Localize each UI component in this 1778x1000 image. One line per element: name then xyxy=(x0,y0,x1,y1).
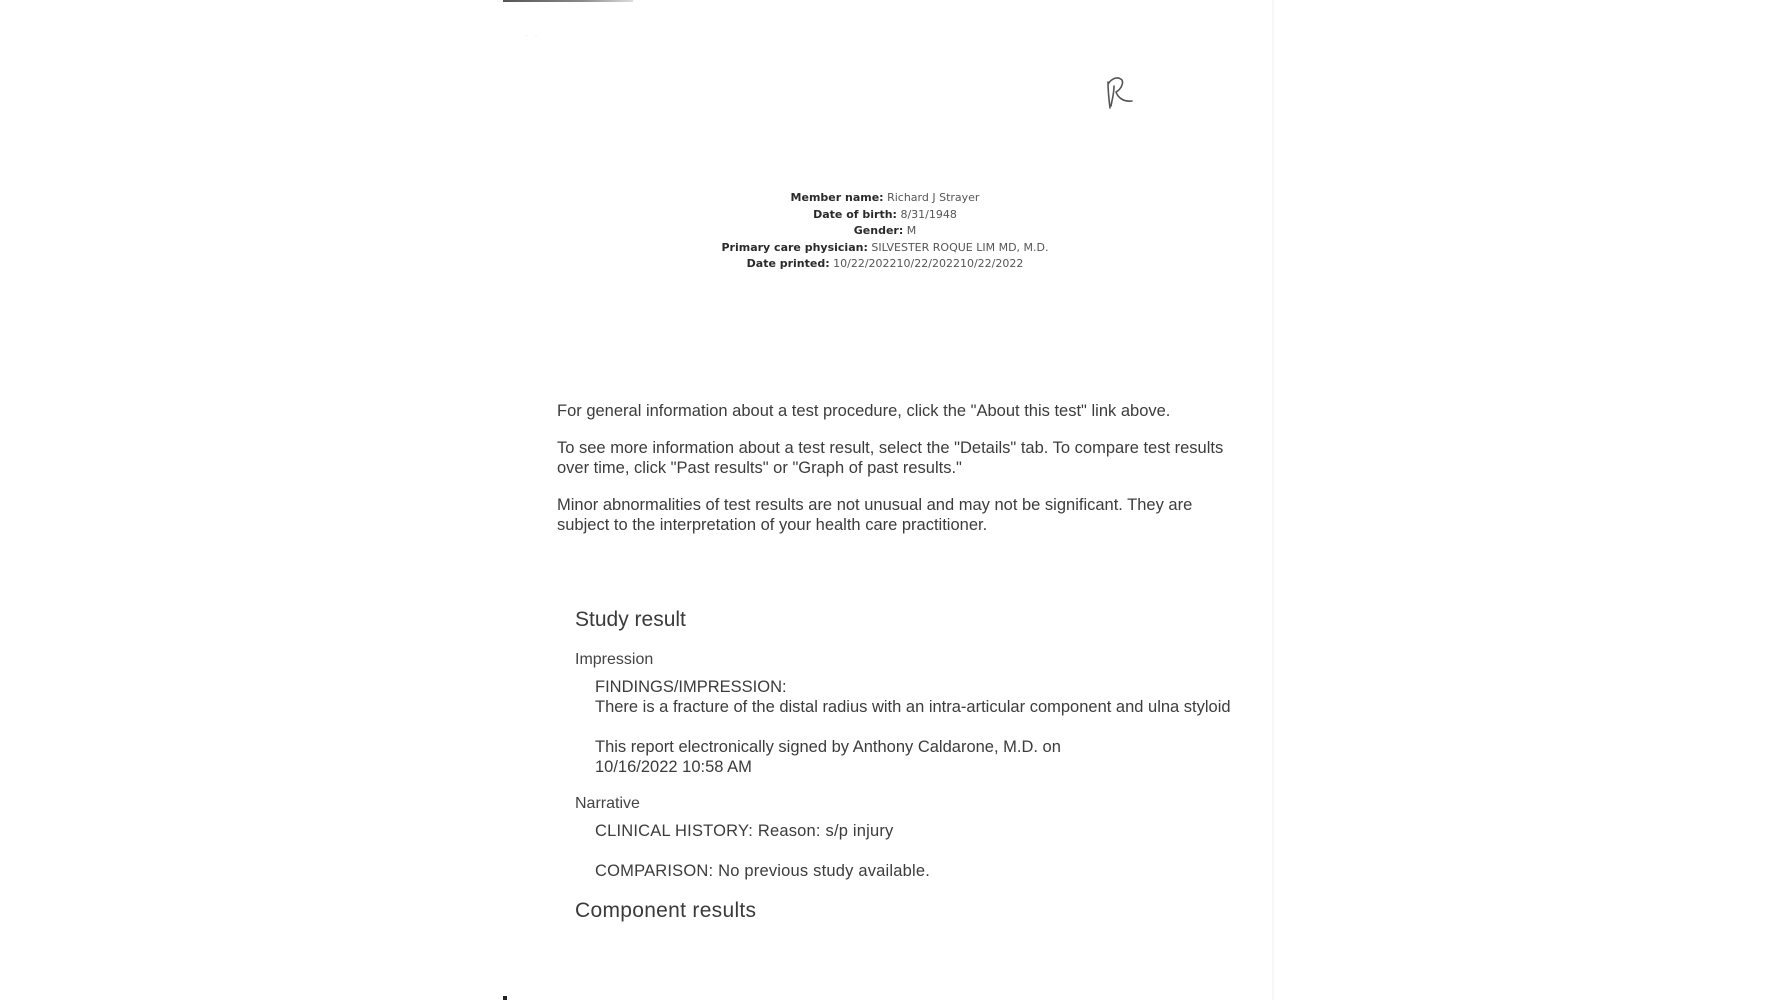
primary-care-physician-row: Primary care physician: SILVESTER ROQUE … xyxy=(600,240,1170,257)
primary-care-physician-label: Primary care physician: xyxy=(721,241,867,254)
study-result-title: Study result xyxy=(575,608,1235,638)
primary-care-physician-value: SILVESTER ROQUE LIM MD, M.D. xyxy=(871,241,1048,254)
date-of-birth-label: Date of birth: xyxy=(813,208,897,221)
signature-datetime: 10/16/2022 10:58 AM xyxy=(595,758,752,776)
scan-bottom-mark xyxy=(503,996,507,1000)
member-name-value: Richard J Strayer xyxy=(887,191,979,204)
impression-heading: FINDINGS/IMPRESSION: xyxy=(595,678,787,696)
signature-text: This report electronically signed by Ant… xyxy=(595,737,1235,777)
impression-block: FINDINGS/IMPRESSION: There is a fracture… xyxy=(595,677,1235,777)
impression-finding: There is a fracture of the distal radius… xyxy=(595,698,1231,716)
member-name-row: Member name: Richard J Strayer xyxy=(600,190,1170,207)
gender-label: Gender: xyxy=(854,224,903,237)
impression-text: FINDINGS/IMPRESSION: There is a fracture… xyxy=(595,677,1235,717)
study-result-section: Study result Impression FINDINGS/IMPRESS… xyxy=(575,608,1235,923)
member-name-label: Member name: xyxy=(791,191,884,204)
comparison-text: COMPARISON: No previous study available. xyxy=(595,861,1235,881)
clinical-history-text: CLINICAL HISTORY: Reason: s/p injury xyxy=(595,821,1235,841)
impression-label: Impression xyxy=(575,651,1235,669)
component-results-title: Component results xyxy=(575,899,1235,923)
gender-row: Gender: M xyxy=(600,223,1170,240)
signature-line: This report electronically signed by Ant… xyxy=(595,738,1061,756)
scan-top-edge-line xyxy=(503,0,633,2)
narrative-label: Narrative xyxy=(575,795,1235,813)
date-printed-value: 10/22/202210/22/202210/22/2022 xyxy=(833,257,1023,270)
member-info-header: Member name: Richard J Strayer Date of b… xyxy=(600,190,1170,273)
scan-page-edge xyxy=(1272,0,1274,1000)
date-printed-row: Date printed: 10/22/202210/22/202210/22/… xyxy=(600,256,1170,273)
date-printed-label: Date printed: xyxy=(747,257,830,270)
narrative-block: CLINICAL HISTORY: Reason: s/p injury COM… xyxy=(595,821,1235,881)
date-of-birth-value: 8/31/1948 xyxy=(900,208,956,221)
gender-value: M xyxy=(907,224,917,237)
handwritten-initials-mark: R xyxy=(1102,72,1142,112)
intro-paragraph-abnormalities: Minor abnormalities of test results are … xyxy=(557,495,1237,535)
intro-paragraph-details: To see more information about a test res… xyxy=(557,438,1237,478)
intro-paragraph-about-test: For general information about a test pro… xyxy=(557,401,1237,421)
date-of-birth-row: Date of birth: 8/31/1948 xyxy=(600,207,1170,224)
scan-smudge: · · xyxy=(525,30,565,42)
intro-text: For general information about a test pro… xyxy=(557,401,1237,552)
